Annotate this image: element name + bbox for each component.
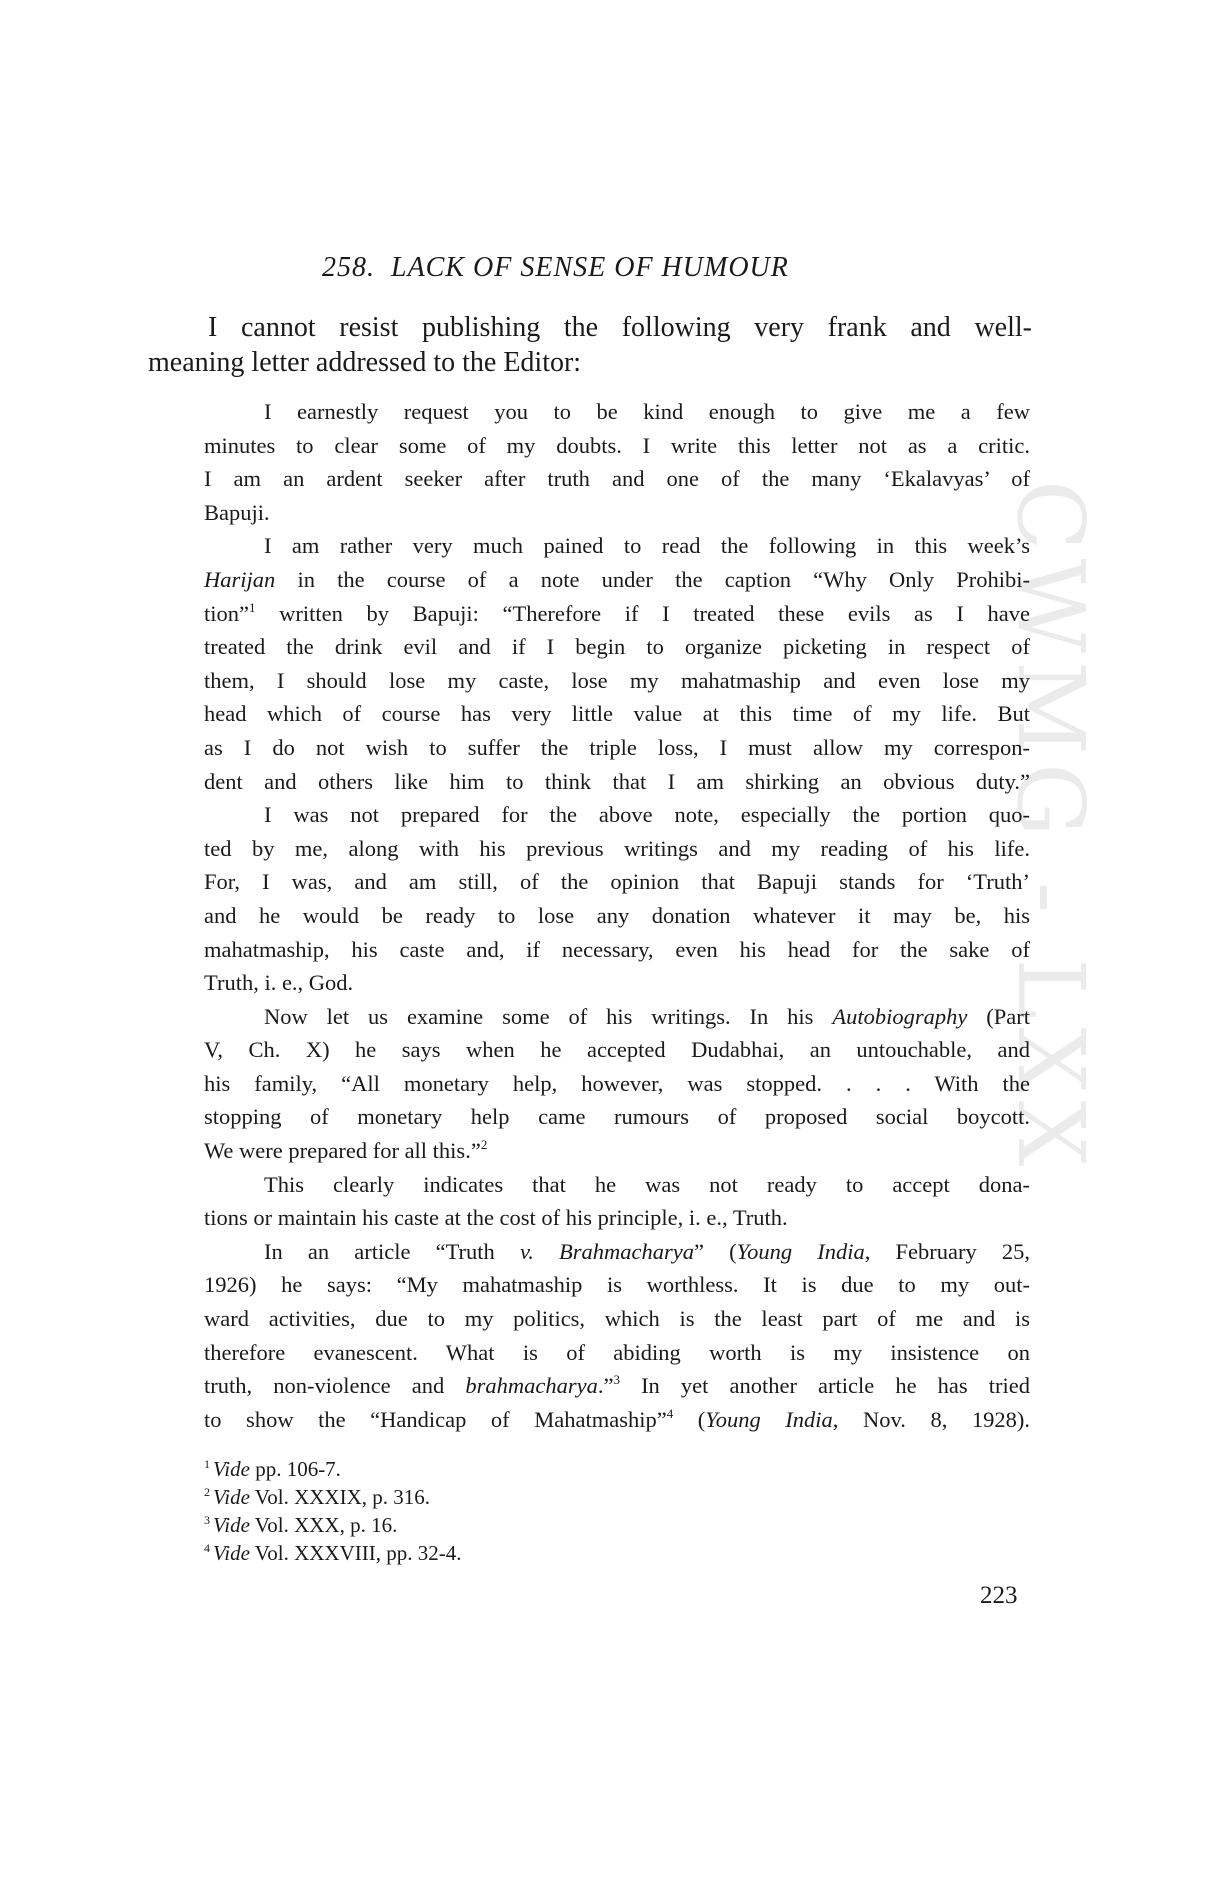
italic-title: brahmacharya	[465, 1373, 597, 1398]
letter-line: In an article “Truth v. Brahmacharya” (Y…	[204, 1235, 1030, 1269]
footnote-number: 1	[204, 1457, 210, 1471]
footnote-vide: Vide	[213, 1541, 250, 1565]
footnote-number: 3	[204, 1513, 210, 1527]
letter-line: and he would be ready to lose any donati…	[204, 899, 1030, 933]
footnote-marker: 4	[667, 1406, 674, 1421]
letter-line: V, Ch. X) he says when he accepted Dudab…	[204, 1033, 1030, 1067]
footnote-vide: Vide	[213, 1485, 250, 1509]
letter-line: treated the drink evil and if I begin to…	[204, 630, 1030, 664]
letter-line: dent and others like him to think that I…	[204, 765, 1030, 799]
letter-line: ward activities, due to my politics, whi…	[204, 1302, 1030, 1336]
footnote: 2Vide Vol. XXXIX, p. 316.	[204, 1483, 462, 1511]
letter-line: minutes to clear some of my doubts. I wr…	[204, 429, 1030, 463]
letter-line: Truth, i. e., God.	[204, 966, 1030, 1000]
quoted-letter: I earnestly request you to be kind enoug…	[204, 395, 1030, 1436]
letter-line: truth, non-violence and brahmacharya.”3 …	[204, 1369, 1030, 1403]
footnote: 4Vide Vol. XXXVIII, pp. 32-4.	[204, 1539, 462, 1567]
intro-line: meaning letter addressed to the Editor:	[148, 345, 1032, 380]
footnote-reference: Vol. XXX, p. 16.	[250, 1513, 397, 1537]
letter-line: I was not prepared for the above note, e…	[204, 798, 1030, 832]
italic-title: Young India	[705, 1407, 833, 1432]
footnote-marker: 1	[249, 600, 256, 615]
footnote-marker: 2	[481, 1137, 488, 1152]
footnote-marker: 3	[613, 1372, 620, 1387]
footnote-number: 4	[204, 1541, 210, 1555]
letter-line: to show the “Handicap of Mahatmaship”4 (…	[204, 1403, 1030, 1437]
letter-line: head which of course has very little val…	[204, 697, 1030, 731]
letter-line: stopping of monetary help came rumours o…	[204, 1100, 1030, 1134]
letter-line: This clearly indicates that he was not r…	[204, 1168, 1030, 1202]
footnote: 3Vide Vol. XXX, p. 16.	[204, 1511, 462, 1539]
letter-line: therefore evanescent. What is of abiding…	[204, 1336, 1030, 1370]
footnote-reference: Vol. XXXIX, p. 316.	[250, 1485, 430, 1509]
letter-line: them, I should lose my caste, lose my ma…	[204, 664, 1030, 698]
letter-line: mahatmaship, his caste and, if necessary…	[204, 933, 1030, 967]
letter-line: Harijan in the course of a note under th…	[204, 563, 1030, 597]
letter-line: Bapuji.	[204, 496, 1030, 530]
footnote: 1Vide pp. 106-7.	[204, 1455, 462, 1483]
intro-paragraph: I cannot resist publishing the following…	[148, 310, 1032, 380]
article-title: 258. LACK OF SENSE OF HUMOUR	[322, 252, 789, 284]
footnote-reference: pp. 106-7.	[250, 1457, 341, 1481]
footnote-reference: Vol. XXXVIII, pp. 32-4.	[250, 1541, 462, 1565]
letter-line: ted by me, along with his previous writi…	[204, 832, 1030, 866]
letter-line: 1926) he says: “My mahatmaship is worthl…	[204, 1268, 1030, 1302]
italic-title: Autobiography	[832, 1004, 967, 1029]
letter-line: I earnestly request you to be kind enoug…	[204, 395, 1030, 429]
italic-title: v. Brahmacharya	[520, 1239, 694, 1264]
letter-line: tions or maintain his caste at the cost …	[204, 1201, 1030, 1235]
footnotes: 1Vide pp. 106-7.2Vide Vol. XXXIX, p. 316…	[204, 1455, 462, 1567]
letter-line: tion”1 written by Bapuji: “Therefore if …	[204, 597, 1030, 631]
letter-line: his family, “All monetary help, however,…	[204, 1067, 1030, 1101]
italic-title: Harijan	[204, 567, 275, 592]
letter-line: Now let us examine some of his writings.…	[204, 1000, 1030, 1034]
letter-line: We were prepared for all this.”2	[204, 1134, 1030, 1168]
letter-line: I am an ardent seeker after truth and on…	[204, 462, 1030, 496]
intro-line: I cannot resist publishing the following…	[148, 310, 1032, 345]
footnote-vide: Vide	[213, 1513, 250, 1537]
italic-title: Young India	[737, 1239, 865, 1264]
footnote-number: 2	[204, 1485, 210, 1499]
letter-line: I am rather very much pained to read the…	[204, 529, 1030, 563]
footnote-vide: Vide	[213, 1457, 250, 1481]
letter-line: For, I was, and am still, of the opinion…	[204, 865, 1030, 899]
letter-line: as I do not wish to suffer the triple lo…	[204, 731, 1030, 765]
page-number: 223	[980, 1582, 1018, 1610]
